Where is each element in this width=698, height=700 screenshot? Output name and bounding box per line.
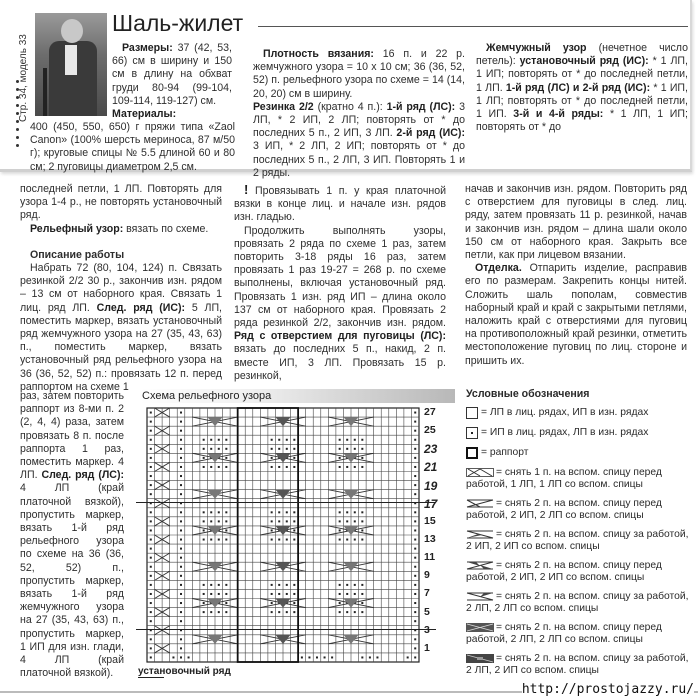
work-text-4: 4 ЛП (край платочной вязкой), пропустить… (20, 482, 124, 679)
finish-rib-paragraph: начав и закончив изн. рядом. Повторить р… (465, 183, 687, 262)
row-number: 19 (424, 479, 437, 493)
row-number: 17 (424, 497, 437, 511)
materials-label: Материалы: (112, 108, 176, 120)
continue-text: Продолжить выполнять узоры, провязать 2 … (234, 225, 446, 329)
seed-stitch-column: Жемчужный узор (нечетное число петель): … (476, 42, 688, 134)
legend-item-repeat: = раппорт (466, 447, 692, 459)
next-row-is-label: След. ряд (ИС): (97, 302, 185, 314)
header-panel: Стр. 34, модель 33 Шаль-жилет Размеры: 3… (0, 0, 692, 172)
legend-text: = снять 2 п. на вспом. спицу перед работ… (466, 622, 662, 645)
instructions-column-1: последней петли, 1 ЛП. Повторять для узо… (20, 183, 222, 394)
legend-item-cable-3: = снять 2 п. на вспом. спицу за работой,… (466, 529, 692, 553)
setup-row-underline (138, 677, 164, 678)
repeat-range-marker (136, 502, 436, 503)
legend-text: = снять 2 п. на вспом. спицу за работой,… (466, 529, 688, 552)
relief-label: Рельефный узор: (30, 223, 123, 235)
next-row-ls-label: След. ряд (ЛС): (41, 469, 124, 481)
legend-item-cable-1: = снять 1 п. на вспом. спицу перед работ… (466, 467, 692, 491)
relief-paragraph: Рельефный узор: вязать по схеме. (20, 223, 222, 236)
cable-2-front-purl-icon (466, 499, 494, 508)
legend-item-cable-2: = снять 2 п. на вспом. спицу перед работ… (466, 498, 692, 522)
row-number: 1 (424, 642, 430, 654)
row-number: 23 (424, 442, 437, 456)
cable-2-front-knit-icon (466, 623, 494, 632)
row-number: 11 (424, 551, 435, 563)
page-title: Шаль-жилет (112, 10, 243, 37)
legend-text: = снять 1 п. на вспом. спицу перед работ… (466, 467, 662, 490)
rib-row2-text: 3 ИП, * 2 ЛП, 2 ИП; повторять от * до по… (253, 140, 465, 178)
legend-item-cable-6: = снять 2 п. на вспом. спицу перед работ… (466, 622, 692, 646)
cable-2-back-mixed-icon (466, 654, 494, 663)
buttonhole-label: Ряд с отверстием для пуговицы (ЛС): (234, 330, 446, 342)
gauge-rib-column: Плотность вязания: 16 п. и 22 р. жемчужн… (253, 48, 465, 180)
finishing-text: Отпарить изделие, расправив его по разме… (465, 262, 687, 366)
sizes-paragraph: Размеры: 37 (42, 53, 66) см в ширину и 1… (112, 42, 232, 108)
legend-text: = снять 2 п. на вспом. спицу за работой,… (466, 591, 688, 614)
work-heading: Описание работы (20, 249, 222, 262)
legend-item-cable-4: = снять 2 п. на вспом. спицу перед работ… (466, 560, 692, 584)
chart-grid (146, 407, 420, 663)
row-number: 5 (424, 606, 430, 618)
legend-text: = снять 2 п. на вспом. спицу за работой,… (466, 653, 688, 676)
row-number: 27 (424, 406, 436, 418)
seed-paragraph: Жемчужный узор (нечетное число петель): … (476, 42, 688, 134)
empty-square-icon (466, 407, 478, 419)
row-number: 9 (424, 569, 430, 581)
row-number: 7 (424, 587, 430, 599)
work-text-3: раз, затем повторить раппорт из 8-ми п. … (20, 390, 124, 481)
rib-multiple: (кратно 4 п.): (314, 101, 387, 113)
row-number: 21 (424, 460, 437, 474)
page-model-caption: Стр. 34, модель 33 (18, 34, 29, 122)
seed-label: Жемчужный узор (486, 42, 587, 54)
work-paragraph: Набрать 72 (80, 104, 124) п. Связать рез… (20, 262, 222, 394)
setup-row-label: установочный ряд (138, 666, 231, 677)
legend-text: = снять 2 п. на вспом. спицу перед работ… (466, 560, 662, 583)
watermark-url: http://prostojazzy.ru/ (522, 682, 694, 697)
repeat-range-marker (136, 629, 436, 630)
seed-setup-label: установочный ряд (ИС): (520, 55, 649, 67)
seed-r34-label: 3-й и 4-й ряды: (513, 108, 603, 120)
row-number: 15 (424, 515, 436, 527)
cable-2-back-purl-icon (466, 530, 494, 539)
legend-item-cable-5: = снять 2 п. на вспом. спицу за работой,… (466, 591, 692, 615)
materials-paragraph: Материалы: (30, 108, 235, 121)
title-divider (258, 26, 688, 27)
rib-label: Резинка 2/2 (253, 101, 314, 113)
materials-text: 400 (450, 550, 650) г пряжи типа «Zaol C… (30, 121, 235, 173)
relief-text: вязать по схеме. (123, 223, 208, 235)
rib-row2-label: 2-й ряд (ИС): (396, 127, 465, 139)
note-text: Провязывать 1 п. у края платочной вязки … (234, 185, 446, 223)
materials-text-block: 400 (450, 550, 650) г пряжи типа «Zaol C… (30, 121, 235, 174)
instructions-column-2: ! Провязывать 1 п. у края платочной вязк… (234, 183, 446, 383)
legend-text: = снять 2 п. на вспом. спицу перед работ… (466, 498, 662, 521)
legend-item-knit: = ЛП в лиц. рядах, ИП в изн. рядах (466, 407, 692, 419)
legend-text: = ЛП в лиц. рядах, ИП в изн. рядах (481, 407, 648, 419)
buttonhole-text: вязать до последних 5 п., накид, 2 п. вм… (234, 343, 446, 381)
legend-text: = ИП в лиц. рядах, ЛП в изн. рядах (481, 427, 648, 439)
bold-square-icon (466, 447, 478, 459)
chart-legend: Условные обозначения = ЛП в лиц. рядах, … (466, 388, 692, 684)
note-paragraph: ! Провязывать 1 п. у края платочной вязк… (234, 183, 446, 225)
relief-pattern-chart (146, 407, 420, 663)
finishing-paragraph: Отделка. Отпарить изделие, расправив его… (465, 262, 687, 368)
cable-1-front-icon (466, 468, 494, 477)
legend-item-purl: = ИП в лиц. рядах, ЛП в изн. рядах (466, 427, 692, 439)
continue-paragraph: Продолжить выполнять узоры, провязать 2 … (234, 225, 446, 383)
legend-title: Условные обозначения (466, 388, 692, 400)
sizes-label: Размеры: (122, 42, 173, 54)
instructions-column-1-narrow: раз, затем повторить раппорт из 8-ми п. … (20, 390, 124, 680)
instructions-column-3: начав и закончив изн. рядом. Повторить р… (465, 183, 687, 368)
seed-r12-label: 1-й ряд (ЛС) и 2-й ряд (ИС): (506, 82, 650, 94)
legend-text: = раппорт (481, 447, 528, 459)
rib-row1-label: 1-й ряд (ЛС): (387, 101, 456, 113)
seed-continued: последней петли, 1 ЛП. Повторять для узо… (20, 183, 222, 223)
gauge-label: Плотность вязания: (263, 48, 374, 60)
row-number: 25 (424, 424, 436, 436)
row-number: 13 (424, 533, 436, 545)
dot-square-icon (466, 427, 478, 439)
cable-2-back-knit-icon (466, 592, 494, 601)
legend-item-cable-7: = снять 2 п. на вспом. спицу за работой,… (466, 653, 692, 677)
finishing-label: Отделка. (475, 262, 522, 274)
chart-title: Схема рельефного узора (140, 389, 455, 403)
cable-2-front-purl2-icon (466, 561, 494, 570)
model-photo (35, 13, 107, 116)
work-text-2: 5 ЛП, поместить маркер, вязать установоч… (20, 302, 222, 393)
